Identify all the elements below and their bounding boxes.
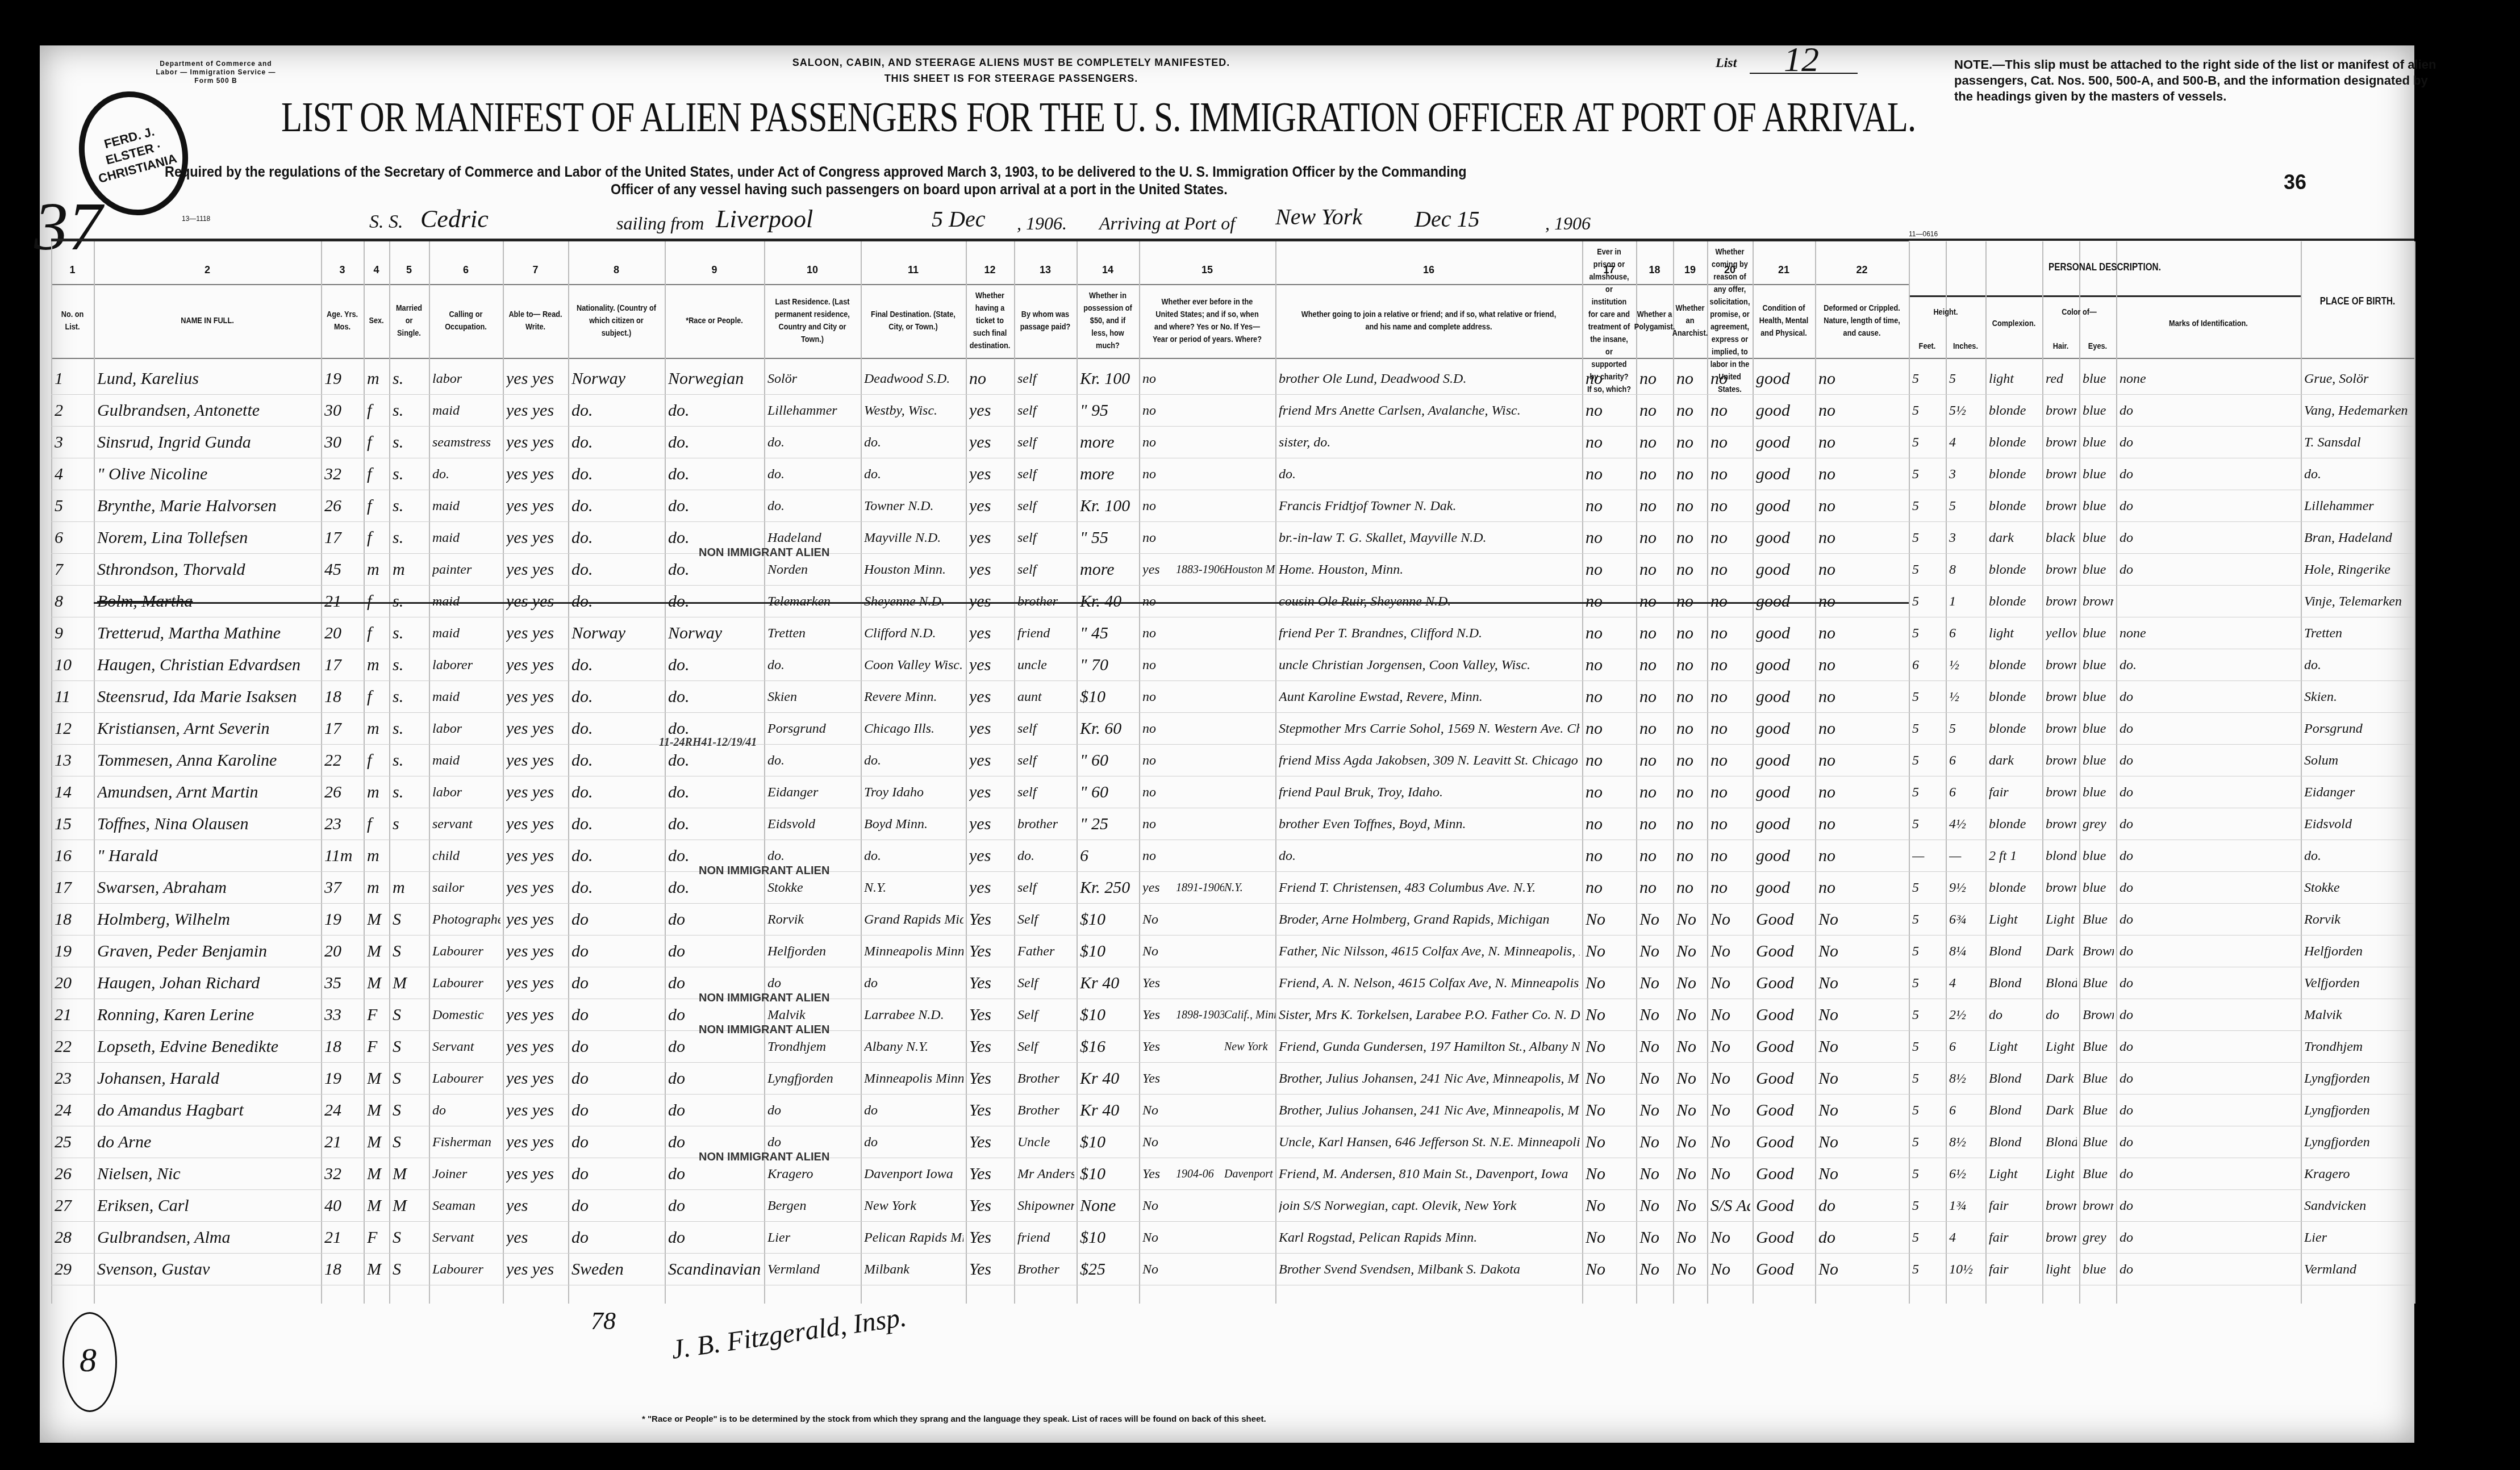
cell-when: [1176, 904, 1224, 935]
cell-ever-before: no: [1142, 713, 1174, 744]
cell-nat: do.: [571, 491, 662, 521]
ship-name: Cedric: [420, 204, 489, 233]
cell-dest: Grand Rapids Mich.: [864, 904, 963, 935]
cell-ms: s.: [393, 459, 427, 490]
cell-eyes: blue: [2083, 554, 2114, 585]
cell-race: do: [668, 904, 762, 935]
cell-res: Porsgrund: [767, 713, 858, 744]
cell-eyes: Blue: [2083, 1159, 2114, 1189]
cell-sex: M: [367, 936, 387, 967]
ship-prefix: S. S.: [369, 211, 403, 233]
cell-in: 8: [1949, 554, 1983, 585]
cell-paid: Brother: [1017, 1063, 1074, 1094]
cell-c19: no: [1676, 841, 1705, 871]
cell-sex: F: [367, 1222, 387, 1253]
cell-ever-before: yes: [1142, 872, 1174, 903]
cell-health: good: [1756, 777, 1813, 808]
cell-rel: Friend, Gunda Gundersen, 197 Hamilton St…: [1279, 1031, 1580, 1062]
cell-occ: Labourer: [432, 968, 500, 999]
cell-where: [1224, 904, 1275, 935]
cell-ticket: yes: [969, 650, 1012, 680]
cell-when: [1176, 1031, 1224, 1062]
cell-rw: yes yes: [506, 523, 566, 553]
cell-comp: blonde: [1989, 491, 2040, 521]
cell-rel: Brother Svend Svendsen, Milbank S. Dakot…: [1279, 1254, 1580, 1285]
margin-mark-bottom: 78: [591, 1306, 616, 1335]
cell-res: Rorvik: [767, 904, 858, 935]
cell-rel: do.: [1279, 841, 1580, 871]
cell-name: Gulbrandsen, Alma: [97, 1222, 319, 1253]
cell-age: 17: [324, 650, 361, 680]
passenger-row: 20Haugen, Johan Richard35MMLaboureryes y…: [0, 968, 2520, 1000]
circle-mark-number: 8: [80, 1340, 97, 1380]
cell-c17: no: [1586, 586, 1634, 617]
cell-no: 28: [55, 1222, 91, 1253]
cell-eyes: blue: [2083, 841, 2114, 871]
cell-age: 40: [324, 1191, 361, 1221]
cell-ever-before: no: [1142, 682, 1174, 712]
cell-no: 10: [55, 650, 91, 680]
cell-occ: painter: [432, 554, 500, 585]
cell-paid: Shipowner: [1017, 1191, 1074, 1221]
cell-occ: servant: [432, 809, 500, 840]
cell-marks: do: [2120, 904, 2298, 935]
cell-ever-before: no: [1142, 777, 1174, 808]
cell-money: $10: [1080, 904, 1137, 935]
cell-no: 19: [55, 936, 91, 967]
cell-age: 11m: [324, 841, 361, 871]
cell-where: Houston Minn.: [1224, 554, 1275, 585]
cell-health: Good: [1756, 1095, 1813, 1126]
cell-name: Kristiansen, Arnt Severin: [97, 713, 319, 744]
cell-marks: do: [2120, 523, 2298, 553]
cell-no: 6: [55, 523, 91, 553]
sheet-notice: THIS SHEET IS FOR STEERAGE PASSENGERS.: [670, 73, 1352, 85]
cell-hair: do: [2046, 1000, 2077, 1030]
cell-c18: no: [1639, 618, 1671, 649]
cell-c17: No: [1586, 1031, 1634, 1062]
cell-occ: Labourer: [432, 1254, 500, 1285]
cell-c17: no: [1586, 364, 1634, 394]
cell-paid: Self: [1017, 904, 1074, 935]
cell-health: Good: [1756, 904, 1813, 935]
cell-where: [1224, 841, 1275, 871]
cell-birth: do.: [2304, 841, 2412, 871]
cell-age: 23: [324, 809, 361, 840]
cell-ever-before: No: [1142, 1191, 1174, 1221]
marks-header: Marks of Identification.: [2130, 307, 2287, 341]
cell-c18: No: [1639, 1063, 1671, 1094]
cell-res: Lyngfjorden: [767, 1063, 858, 1094]
cell-hair: Light: [2046, 1159, 2077, 1189]
cell-c19: No: [1676, 1222, 1705, 1253]
cell-rw: yes yes: [506, 872, 566, 903]
cell-marks: do: [2120, 713, 2298, 744]
cell-c20: no: [1710, 523, 1750, 553]
cell-c20: No: [1710, 1000, 1750, 1030]
cell-ms: S: [393, 904, 427, 935]
cell-c20: no: [1710, 872, 1750, 903]
cell-when: [1176, 1127, 1224, 1158]
cell-race: Norway: [668, 618, 762, 649]
cell-c18: no: [1639, 427, 1671, 458]
cell-paid: Uncle: [1017, 1127, 1074, 1158]
passenger-row: 19Graven, Peder Benjamin20MSLaboureryes …: [0, 936, 2520, 968]
cell-ms: S: [393, 1000, 427, 1030]
passenger-row: 1Lund, Karelius19ms.laboryes yesNorwayNo…: [0, 364, 2520, 395]
column-header: Whether having a ticket to such final de…: [970, 287, 1009, 355]
cell-marks: do: [2120, 1095, 2298, 1126]
cell-where: [1224, 650, 1275, 680]
column-number: 13: [1014, 264, 1077, 276]
cell-hair: brown: [2046, 872, 2077, 903]
cell-nat: do: [571, 1063, 662, 1094]
cell-money: " 60: [1080, 777, 1137, 808]
cell-rw: yes yes: [506, 713, 566, 744]
cell-marks: do: [2120, 777, 2298, 808]
column-header: Condition of Health, Mental and Physical…: [1758, 287, 1809, 355]
column-header: Whether ever before in the United States…: [1150, 287, 1265, 355]
cell-ms: s: [393, 809, 427, 840]
cell-paid: Self: [1017, 1000, 1074, 1030]
cell-res: Vermland: [767, 1254, 858, 1285]
cell-ft: —: [1912, 841, 1943, 871]
cell-no: 24: [55, 1095, 91, 1126]
cell-in: 6: [1949, 1095, 1983, 1126]
cell-deformed: No: [1818, 1127, 1906, 1158]
cell-dest: Davenport Iowa: [864, 1159, 963, 1189]
cell-ms: M: [393, 1191, 427, 1221]
cell-c17: no: [1586, 459, 1634, 490]
column-header: No. on List.: [55, 287, 89, 355]
cell-ms: s.: [393, 586, 427, 617]
cell-ticket: yes: [969, 395, 1012, 426]
cell-health: good: [1756, 841, 1813, 871]
cell-c18: no: [1639, 364, 1671, 394]
cell-dest: Chicago Ills.: [864, 713, 963, 744]
column-number: 10: [764, 264, 861, 276]
cell-c19: No: [1676, 1000, 1705, 1030]
cell-comp: fair: [1989, 1254, 2040, 1285]
cell-ticket: Yes: [969, 936, 1012, 967]
cell-when: [1176, 682, 1224, 712]
cell-health: Good: [1756, 1000, 1813, 1030]
cell-c18: No: [1639, 1127, 1671, 1158]
cell-sex: M: [367, 1191, 387, 1221]
cell-in: 6: [1949, 618, 1983, 649]
cell-rel: Friend T. Christensen, 483 Columbus Ave.…: [1279, 872, 1580, 903]
cell-health: good: [1756, 682, 1813, 712]
cell-ever-before: no: [1142, 364, 1174, 394]
cell-ms: M: [393, 1159, 427, 1189]
cell-occ: labor: [432, 364, 500, 394]
cell-name: Lund, Karelius: [97, 364, 319, 394]
passenger-row: 11Steensrud, Ida Marie Isaksen18fs.maidy…: [0, 682, 2520, 713]
cell-where: [1224, 491, 1275, 521]
cell-rw: yes yes: [506, 650, 566, 680]
cell-c20: no: [1710, 427, 1750, 458]
cell-c19: no: [1676, 682, 1705, 712]
cell-paid: friend: [1017, 618, 1074, 649]
cell-hair: Dark: [2046, 1095, 2077, 1126]
cell-no: 12: [55, 713, 91, 744]
cell-rw: yes yes: [506, 491, 566, 521]
cell-health: Good: [1756, 1159, 1813, 1189]
cell-eyes: blue: [2083, 459, 2114, 490]
cell-in: 8¼: [1949, 936, 1983, 967]
cell-nat: do.: [571, 745, 662, 776]
cell-c20: No: [1710, 968, 1750, 999]
cell-ever-before: no: [1142, 745, 1174, 776]
bottom-border: [0, 1443, 2520, 1470]
column-number: 5: [389, 264, 429, 276]
cell-ticket: yes: [969, 491, 1012, 521]
cell-rw: yes yes: [506, 554, 566, 585]
cell-res: Helfjorden: [767, 936, 858, 967]
cell-money: " 95: [1080, 395, 1137, 426]
cell-birth: Porsgrund: [2304, 713, 2412, 744]
cell-in: 3: [1949, 523, 1983, 553]
cell-ft: 5: [1912, 586, 1943, 617]
cell-c18: No: [1639, 1031, 1671, 1062]
cell-ft: 5: [1912, 682, 1943, 712]
cell-rw: yes yes: [506, 1095, 566, 1126]
cell-deformed: No: [1818, 1095, 1906, 1126]
cell-dest: Revere Minn.: [864, 682, 963, 712]
cell-c19: no: [1676, 554, 1705, 585]
cell-hair: Dark: [2046, 936, 2077, 967]
cell-eyes: blue: [2083, 1254, 2114, 1285]
cell-paid: Brother: [1017, 1095, 1074, 1126]
cell-c19: no: [1676, 745, 1705, 776]
cell-money: " 60: [1080, 745, 1137, 776]
cell-birth: Grue, Solör: [2304, 364, 2412, 394]
cell-paid: self: [1017, 459, 1074, 490]
cell-ms: [393, 841, 427, 871]
cell-occ: maid: [432, 586, 500, 617]
cell-c17: No: [1586, 1191, 1634, 1221]
cell-c18: No: [1639, 1191, 1671, 1221]
cell-where: [1224, 395, 1275, 426]
cell-hair: brown: [2046, 1222, 2077, 1253]
cell-ft: 5: [1912, 1254, 1943, 1285]
cell-where: [1224, 364, 1275, 394]
cell-c17: No: [1586, 936, 1634, 967]
cell-hair: brown: [2046, 586, 2077, 617]
cell-ms: M: [393, 968, 427, 999]
cell-sex: f: [367, 586, 387, 617]
cell-sex: f: [367, 745, 387, 776]
cell-paid: self: [1017, 872, 1074, 903]
cell-marks: none: [2120, 364, 2298, 394]
cell-eyes: Blue: [2083, 1031, 2114, 1062]
cell-marks: do.: [2120, 650, 2298, 680]
cell-ever-before: no: [1142, 809, 1174, 840]
cell-comp: dark: [1989, 745, 2040, 776]
cell-ticket: yes: [969, 459, 1012, 490]
cell-paid: Self: [1017, 968, 1074, 999]
cell-ms: m: [393, 872, 427, 903]
cell-ft: 5: [1912, 1222, 1943, 1253]
cell-ticket: Yes: [969, 1159, 1012, 1189]
cell-where: [1224, 713, 1275, 744]
cell-money: " 55: [1080, 523, 1137, 553]
passenger-row: 3Sinsrud, Ingrid Gunda30fs.seamstressyes…: [0, 427, 2520, 459]
cell-in: 4: [1949, 1222, 1983, 1253]
cell-occ: Joiner: [432, 1159, 500, 1189]
cell-c17: no: [1586, 395, 1634, 426]
cell-when: [1176, 491, 1224, 521]
cell-when: [1176, 809, 1224, 840]
cell-rw: yes yes: [506, 777, 566, 808]
cell-rw: yes yes: [506, 1127, 566, 1158]
cell-deformed: No: [1818, 968, 1906, 999]
cell-comp: blonde: [1989, 682, 2040, 712]
cell-birth: Velfjorden: [2304, 968, 2412, 999]
cell-c17: No: [1586, 1159, 1634, 1189]
cell-rel: Father, Nic Nilsson, 4615 Colfax Ave, N.…: [1279, 936, 1580, 967]
cell-nat: do: [571, 1222, 662, 1253]
cell-sex: m: [367, 841, 387, 871]
cell-in: 4½: [1949, 809, 1983, 840]
cell-rel: join S/S Norwegian, capt. Olevik, New Yo…: [1279, 1191, 1580, 1221]
cell-c20: No: [1710, 1063, 1750, 1094]
cell-c20: no: [1710, 777, 1750, 808]
cell-rel: sister, do.: [1279, 427, 1580, 458]
cell-comp: blonde: [1989, 713, 2040, 744]
cell-ticket: yes: [969, 809, 1012, 840]
cell-rel: br.-in-law T. G. Skallet, Mayville N.D.: [1279, 523, 1580, 553]
cell-occ: maid: [432, 682, 500, 712]
color-of-header: Color of—: [2048, 301, 2111, 324]
cell-dest: Troy Idaho: [864, 777, 963, 808]
cell-dest: New York: [864, 1191, 963, 1221]
cell-c19: No: [1676, 1159, 1705, 1189]
cell-rel: Stepmother Mrs Carrie Sohol, 1569 N. Wes…: [1279, 713, 1580, 744]
cell-age: 21: [324, 1222, 361, 1253]
eyes-header: Eyes.: [2082, 335, 2113, 358]
cell-eyes: Blue: [2083, 968, 2114, 999]
cell-occ: Fisherman: [432, 1127, 500, 1158]
cell-res: Solör: [767, 364, 858, 394]
cell-c19: no: [1676, 713, 1705, 744]
cell-in: ½: [1949, 682, 1983, 712]
cell-dest: do: [864, 1127, 963, 1158]
cell-c19: No: [1676, 968, 1705, 999]
cell-money: $10: [1080, 936, 1137, 967]
cell-deformed: no: [1818, 364, 1906, 394]
cell-deformed: no: [1818, 682, 1906, 712]
cell-ms: s.: [393, 650, 427, 680]
cell-dest: Minneapolis Minn: [864, 1063, 963, 1094]
cell-ticket: yes: [969, 841, 1012, 871]
cell-marks: do: [2120, 459, 2298, 490]
cell-money: " 70: [1080, 650, 1137, 680]
cell-rw: yes yes: [506, 459, 566, 490]
cell-birth: Kragero: [2304, 1159, 2412, 1189]
cell-race: Norwegian: [668, 364, 762, 394]
cell-eyes: blue: [2083, 650, 2114, 680]
cell-marks: do: [2120, 1127, 2298, 1158]
cell-eyes: Brown: [2083, 936, 2114, 967]
cell-no: 1: [55, 364, 91, 394]
cell-no: 4: [55, 459, 91, 490]
cell-hair: yellow: [2046, 618, 2077, 649]
cell-ever-before: Yes: [1142, 1000, 1174, 1030]
cell-deformed: no: [1818, 809, 1906, 840]
cell-hair: brown: [2046, 427, 2077, 458]
cell-deformed: No: [1818, 1031, 1906, 1062]
column-number: 8: [568, 264, 665, 276]
cell-c20: no: [1710, 841, 1750, 871]
cell-res: Lillehammer: [767, 395, 858, 426]
cell-comp: blonde: [1989, 809, 2040, 840]
cell-ticket: Yes: [969, 1254, 1012, 1285]
sailing-year: , 1906.: [1017, 213, 1067, 234]
cell-sex: m: [367, 777, 387, 808]
cell-rel: Home. Houston, Minn.: [1279, 554, 1580, 585]
cell-name: Brynthe, Marie Halvorsen: [97, 491, 319, 521]
cell-eyes: brown: [2083, 586, 2114, 617]
column-number: 19: [1673, 264, 1707, 276]
cell-sex: m: [367, 554, 387, 585]
cell-c18: no: [1639, 491, 1671, 521]
attachment-note: NOTE.—This slip must be attached to the …: [1954, 57, 2443, 105]
cell-name: Swarsen, Abraham: [97, 872, 319, 903]
cell-money: more: [1080, 459, 1137, 490]
cell-c20: no: [1710, 809, 1750, 840]
cell-deformed: no: [1818, 713, 1906, 744]
cell-birth: Hole, Ringerike: [2304, 554, 2412, 585]
cell-money: Kr. 60: [1080, 713, 1137, 744]
column-number: 22: [1815, 264, 1909, 276]
cell-eyes: grey: [2083, 809, 2114, 840]
cell-paid: Brother: [1017, 1254, 1074, 1285]
cell-age: 20: [324, 618, 361, 649]
arriving-label: Arriving at Port of: [1099, 213, 1235, 234]
cell-in: ½: [1949, 650, 1983, 680]
column-header: Whether in possession of $50, and if les…: [1082, 287, 1133, 355]
cell-name: Steensrud, Ida Marie Isaksen: [97, 682, 319, 712]
cell-name: Gulbrandsen, Antonette: [97, 395, 319, 426]
cell-age: 24: [324, 1095, 361, 1126]
cell-res: Skien: [767, 682, 858, 712]
cell-health: good: [1756, 523, 1813, 553]
cell-where: [1224, 936, 1275, 967]
cell-health: good: [1756, 809, 1813, 840]
cell-health: good: [1756, 364, 1813, 394]
cell-paid: Self: [1017, 1031, 1074, 1062]
cell-deformed: no: [1818, 586, 1906, 617]
cell-comp: dark: [1989, 523, 2040, 553]
cell-deformed: No: [1818, 1000, 1906, 1030]
cell-rw: yes yes: [506, 586, 566, 617]
cell-c20: No: [1710, 936, 1750, 967]
cell-rel: brother Ole Lund, Deadwood S.D.: [1279, 364, 1580, 394]
cell-no: 11: [55, 682, 91, 712]
cell-marks: do: [2120, 554, 2298, 585]
cell-eyes: blue: [2083, 713, 2114, 744]
cell-occ: maid: [432, 491, 500, 521]
personal-description-rule: [1909, 295, 2301, 297]
cell-rel: friend Miss Agda Jakobsen, 309 N. Leavit…: [1279, 745, 1580, 776]
cell-paid: self: [1017, 364, 1074, 394]
cell-ms: S: [393, 1031, 427, 1062]
passenger-row: 21Ronning, Karen Lerine33FSDomesticyes y…: [0, 1000, 2520, 1031]
cell-ms: s.: [393, 395, 427, 426]
cell-paid: uncle: [1017, 650, 1074, 680]
cell-occ: maid: [432, 745, 500, 776]
